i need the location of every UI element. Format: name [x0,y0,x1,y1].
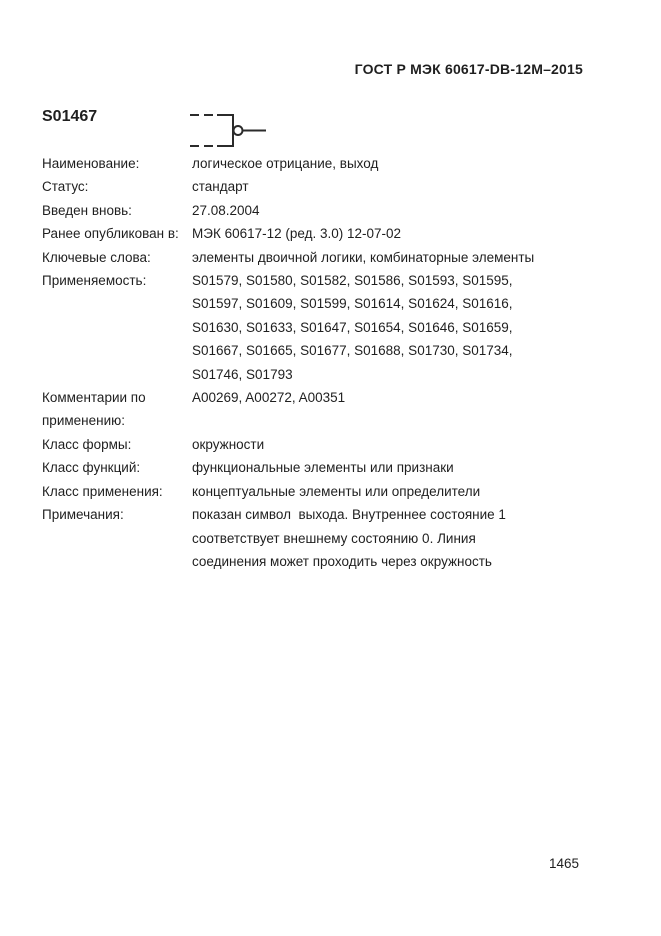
table-row: Наименование: логическое отрицание, выхо… [42,152,587,175]
row-label: Введен вновь: [42,199,192,222]
table-row: Комментарии по применению: A00269, A0027… [42,386,587,433]
row-value: A00269, A00272, A00351 [192,386,587,433]
row-label: Ключевые слова: [42,246,192,269]
row-label: Комментарии по применению: [42,386,192,433]
properties-table: Наименование: логическое отрицание, выхо… [42,152,587,573]
row-label: Класс применения: [42,480,192,503]
row-value: концептуальные элементы или определители [192,480,587,503]
table-row: Введен вновь: 27.08.2004 [42,199,587,222]
row-label: Статус: [42,175,192,198]
row-value: элементы двоичной логики, комбинаторные … [192,246,587,269]
table-row: Примечания: показан символ выхода. Внутр… [42,503,587,573]
table-row: Ранее опубликован в: МЭК 60617-12 (ред. … [42,222,587,245]
table-row: Класс применения: концептуальные элемент… [42,480,587,503]
row-value: 27.08.2004 [192,199,587,222]
row-value: S01579, S01580, S01582, S01586, S01593, … [192,269,587,386]
row-value: стандарт [192,175,587,198]
table-row: Статус: стандарт [42,175,587,198]
symbol-id: S01467 [42,108,97,126]
table-row: Применяемость: S01579, S01580, S01582, S… [42,269,587,386]
row-label: Применяемость: [42,269,192,386]
table-row: Класс функций: функциональные элементы и… [42,456,587,479]
row-value: функциональные элементы или признаки [192,456,587,479]
document-page: ГОСТ Р МЭК 60617-DB-12M–2015 S01467 Наим… [0,0,661,936]
row-label: Ранее опубликован в: [42,222,192,245]
row-label: Примечания: [42,503,192,573]
logic-negation-output-icon [185,103,275,155]
table-row: Класс формы: окружности [42,433,587,456]
row-value: показан символ выхода. Внутреннее состоя… [192,503,587,573]
row-value: МЭК 60617-12 (ред. 3.0) 12-07-02 [192,222,587,245]
table-row: Ключевые слова: элементы двоичной логики… [42,246,587,269]
row-label: Наименование: [42,152,192,175]
row-value: логическое отрицание, выход [192,152,587,175]
document-title: ГОСТ Р МЭК 60617-DB-12M–2015 [355,61,583,77]
row-value: окружности [192,433,587,456]
row-label: Класс функций: [42,456,192,479]
page-number: 1465 [549,856,579,871]
row-label: Класс формы: [42,433,192,456]
